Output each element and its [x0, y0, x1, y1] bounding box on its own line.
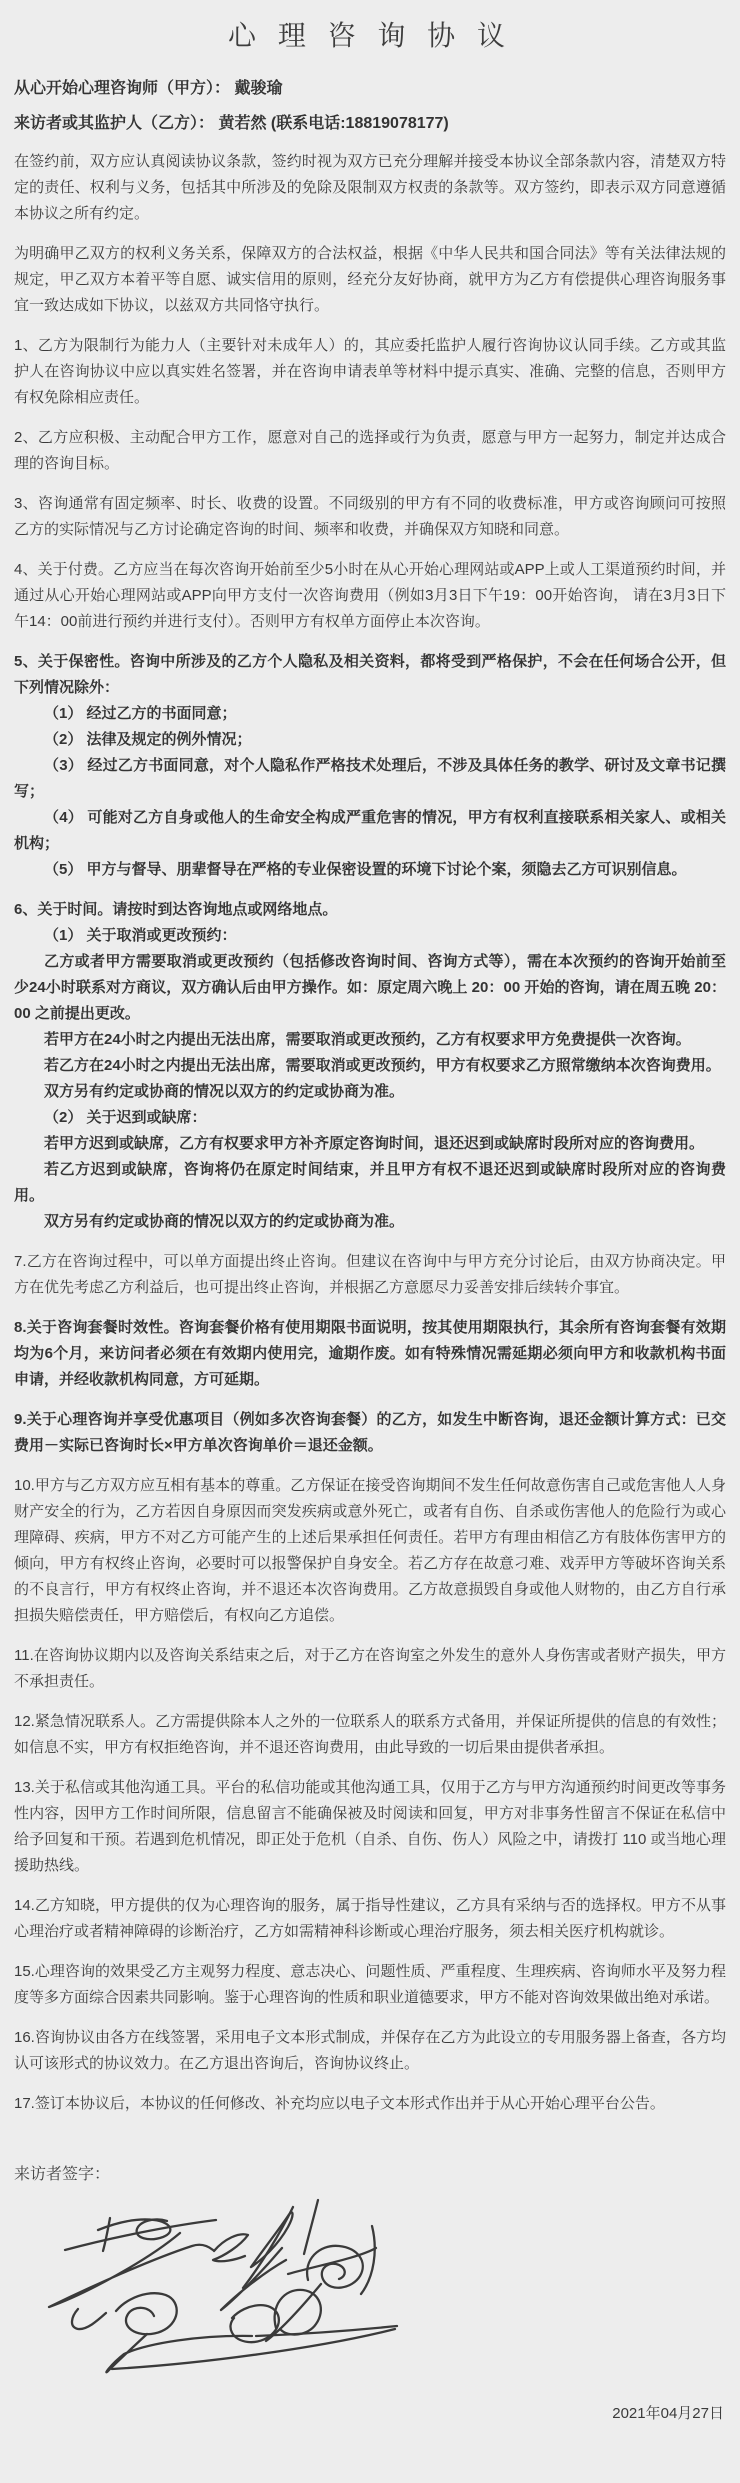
- clause-paragraph: 在签约前，双方应认真阅读协议条款，签约时视为双方已充分理解并接受本协议全部条款内…: [14, 149, 726, 227]
- clause-paragraph: （5） 甲方与督导、朋辈督导在严格的专业保密设置的环境下讨论个案，须隐去乙方可识…: [14, 857, 726, 883]
- clause-paragraph: 若甲方迟到或缺席，乙方有权要求甲方补齐原定咨询时间，退还迟到或缺席时段所对应的咨…: [14, 1131, 726, 1157]
- clause-paragraph: 13.关于私信或其他沟通工具。平台的私信功能或其他沟通工具，仅用于乙方与甲方沟通…: [14, 1775, 726, 1879]
- clause-paragraph: 14.乙方知晓，甲方提供的仅为心理咨询的服务，属于指导性建议，乙方具有采纳与否的…: [14, 1893, 726, 1945]
- clause-paragraph: （2） 法律及规定的例外情况；: [14, 727, 726, 753]
- signature-date: 2021年04月27日: [14, 2402, 724, 2423]
- clause-paragraph: 5、关于保密性。咨询中所涉及的乙方个人隐私及相关资料，都将受到严格保护，不会在任…: [14, 649, 726, 701]
- clause-paragraph: （4） 可能对乙方自身或他人的生命安全构成严重危害的情况，甲方有权利直接联系相关…: [14, 805, 726, 857]
- agreement-document: 心 理 咨 询 协 议 从心开始心理咨询师（甲方）： 戴骏瑜 来访者或其监护人（…: [0, 0, 740, 2483]
- clause-paragraph: 8.关于咨询套餐时效性。咨询套餐价格有使用期限书面说明，按其使用期限执行，其余所…: [14, 1315, 726, 1393]
- clause-paragraph: 若乙方在24小时之内提出无法出席，需要取消或更改预约，甲方有权要求乙方照常缴纳本…: [14, 1053, 726, 1079]
- clause-paragraph: 7.乙方在咨询过程中，可以单方面提出终止咨询。但建议在咨询中与甲方充分讨论后，由…: [14, 1249, 726, 1301]
- clause-paragraph: 4、关于付费。乙方应当在每次咨询开始前至少5小时在从心开始心理网站或APP上或人…: [14, 557, 726, 635]
- clause-paragraph: （2） 关于迟到或缺席：: [14, 1105, 726, 1131]
- clause-paragraph: 3、咨询通常有固定频率、时长、收费的设置。不同级别的甲方有不同的收费标准，甲方或…: [14, 491, 726, 543]
- clause-paragraph: 乙方或者甲方需要取消或更改预约（包括修改咨询时间、咨询方式等），需在本次预约的咨…: [14, 949, 726, 1027]
- visitor-signature: [20, 2188, 726, 2388]
- clause-paragraph: 11.在咨询协议期内以及咨询关系结束之后，对于乙方在咨询室之外发生的意外人身伤害…: [14, 1643, 726, 1695]
- clause-paragraph: 双方另有约定或协商的情况以双方的约定或协商为准。: [14, 1209, 726, 1235]
- clause-paragraph: （1） 经过乙方的书面同意；: [14, 701, 726, 727]
- signature-scribble-icon: [20, 2188, 410, 2388]
- clause-paragraph: 为明确甲乙双方的权利义务关系，保障双方的合法权益，根据《中华人民共和国合同法》等…: [14, 241, 726, 319]
- page-title: 心 理 咨 询 协 议: [14, 14, 726, 54]
- clause-paragraph: 16.咨询协议由各方在线签署，采用电子文本形式制成，并保存在乙方为此设立的专用服…: [14, 2025, 726, 2077]
- party-b-line: 来访者或其监护人（乙方）： 黄若然 (联系电话:18819078177): [14, 113, 726, 135]
- clause-paragraph: 10.甲方与乙方双方应互相有基本的尊重。乙方保证在接受咨询期间不发生任何故意伤害…: [14, 1473, 726, 1629]
- party-a-line: 从心开始心理咨询师（甲方）： 戴骏瑜: [14, 78, 726, 100]
- agreement-clauses: 在签约前，双方应认真阅读协议条款，签约时视为双方已充分理解并接受本协议全部条款内…: [14, 149, 726, 2117]
- clause-paragraph: 2、乙方应积极、主动配合甲方工作，愿意对自己的选择或行为负责，愿意与甲方一起努力…: [14, 425, 726, 477]
- clause-paragraph: 9.关于心理咨询并享受优惠项目（例如多次咨询套餐）的乙方，如发生中断咨询，退还金…: [14, 1407, 726, 1459]
- clause-paragraph: 若甲方在24小时之内提出无法出席，需要取消或更改预约，乙方有权要求甲方免费提供一…: [14, 1027, 726, 1053]
- clause-paragraph: 双方另有约定或协商的情况以双方的约定或协商为准。: [14, 1079, 726, 1105]
- clause-paragraph: 12.紧急情况联系人。乙方需提供除本人之外的一位联系人的联系方式备用，并保证所提…: [14, 1709, 726, 1761]
- clause-paragraph: 若乙方迟到或缺席，咨询将仍在原定时间结束，并且甲方有权不退还迟到或缺席时段所对应…: [14, 1157, 726, 1209]
- visitor-signature-label: 来访者签字：: [14, 2161, 726, 2184]
- clause-paragraph: （3） 经过乙方书面同意，对个人隐私作严格技术处理后，不涉及具体任务的教学、研讨…: [14, 753, 726, 805]
- clause-paragraph: 15.心理咨询的效果受乙方主观努力程度、意志决心、问题性质、严重程度、生理疾病、…: [14, 1959, 726, 2011]
- clause-paragraph: （1） 关于取消或更改预约：: [14, 923, 726, 949]
- clause-paragraph: 6、关于时间。请按时到达咨询地点或网络地点。: [14, 897, 726, 923]
- clause-paragraph: 1、乙方为限制行为能力人（主要针对未成年人）的，其应委托监护人履行咨询协议认同手…: [14, 333, 726, 411]
